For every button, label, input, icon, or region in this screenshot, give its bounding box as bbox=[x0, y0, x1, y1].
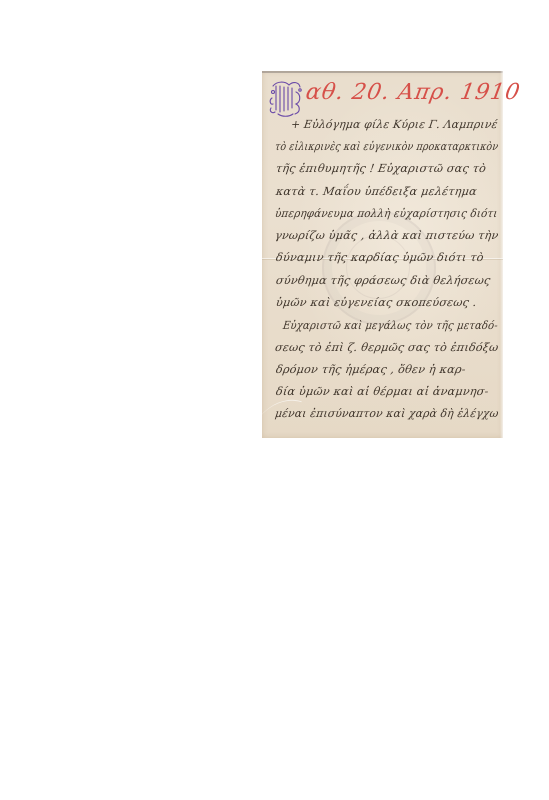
letter-line-12: δρόμον τῆς ἡμέρας , ὅθεν ἡ καρ- bbox=[275, 363, 467, 376]
letter-line-1: + Εὐλόγημα φίλε Κύριε Γ. Λαμπρινέ bbox=[290, 118, 498, 131]
letter-line-8: σύνθημα τῆς φράσεως διὰ θελήσεως bbox=[275, 274, 491, 287]
letter-line-5: ὑπερηφάνευμα πολλὴ εὐχαρίστησις διότι bbox=[274, 207, 498, 220]
letter-line-6: γνωρίζω ὑμᾶς , ἀλλὰ καὶ πιστεύω τὴν bbox=[274, 229, 499, 242]
watermark-stamp-inner bbox=[346, 235, 410, 299]
letter-line-7: δύναμιν τῆς καρδίας ὑμῶν διότι τὸ bbox=[275, 251, 484, 264]
letter-line-11: σεως τὸ ἐπὶ ζ. θερμῶς σας τὸ ἐπιδόξω bbox=[274, 341, 499, 354]
letter-line-14: μέναι ἐπισύναπτον καὶ χαρὰ δὴ ἐλέγχω bbox=[274, 407, 499, 420]
letter-line-3: τῆς ἐπιθυμητῆς ! Εὐχαριστῶ σας τὸ bbox=[275, 162, 487, 175]
letter-line-2: τὸ εἰλικρινὲς καὶ εὐγενικὸν προκαταρκτικ… bbox=[274, 140, 499, 153]
letter-line-4: κατὰ τ. Μαΐου ὑπέδειξα μελέτημα bbox=[275, 185, 478, 198]
monogram-icon bbox=[267, 78, 305, 118]
letter-date: αθ. 20. Απρ. 1910 bbox=[304, 80, 523, 105]
handwritten-letter: αθ. 20. Απρ. 1910 + Εὐλόγημα φίλε Κύριε … bbox=[262, 71, 503, 438]
paper-top-edge bbox=[262, 71, 503, 73]
letter-line-13: δία ὑμῶν καὶ αἱ θέρμαι αἱ ἀναμνησ- bbox=[275, 385, 489, 398]
letter-line-9: ὑμῶν καὶ εὐγενείας σκοπεύσεως . bbox=[275, 296, 477, 309]
letter-line-10: Εὐχαριστῶ καὶ μεγάλως τὸν τῆς μεταδό- bbox=[282, 319, 499, 332]
paper-right-edge bbox=[500, 71, 503, 438]
